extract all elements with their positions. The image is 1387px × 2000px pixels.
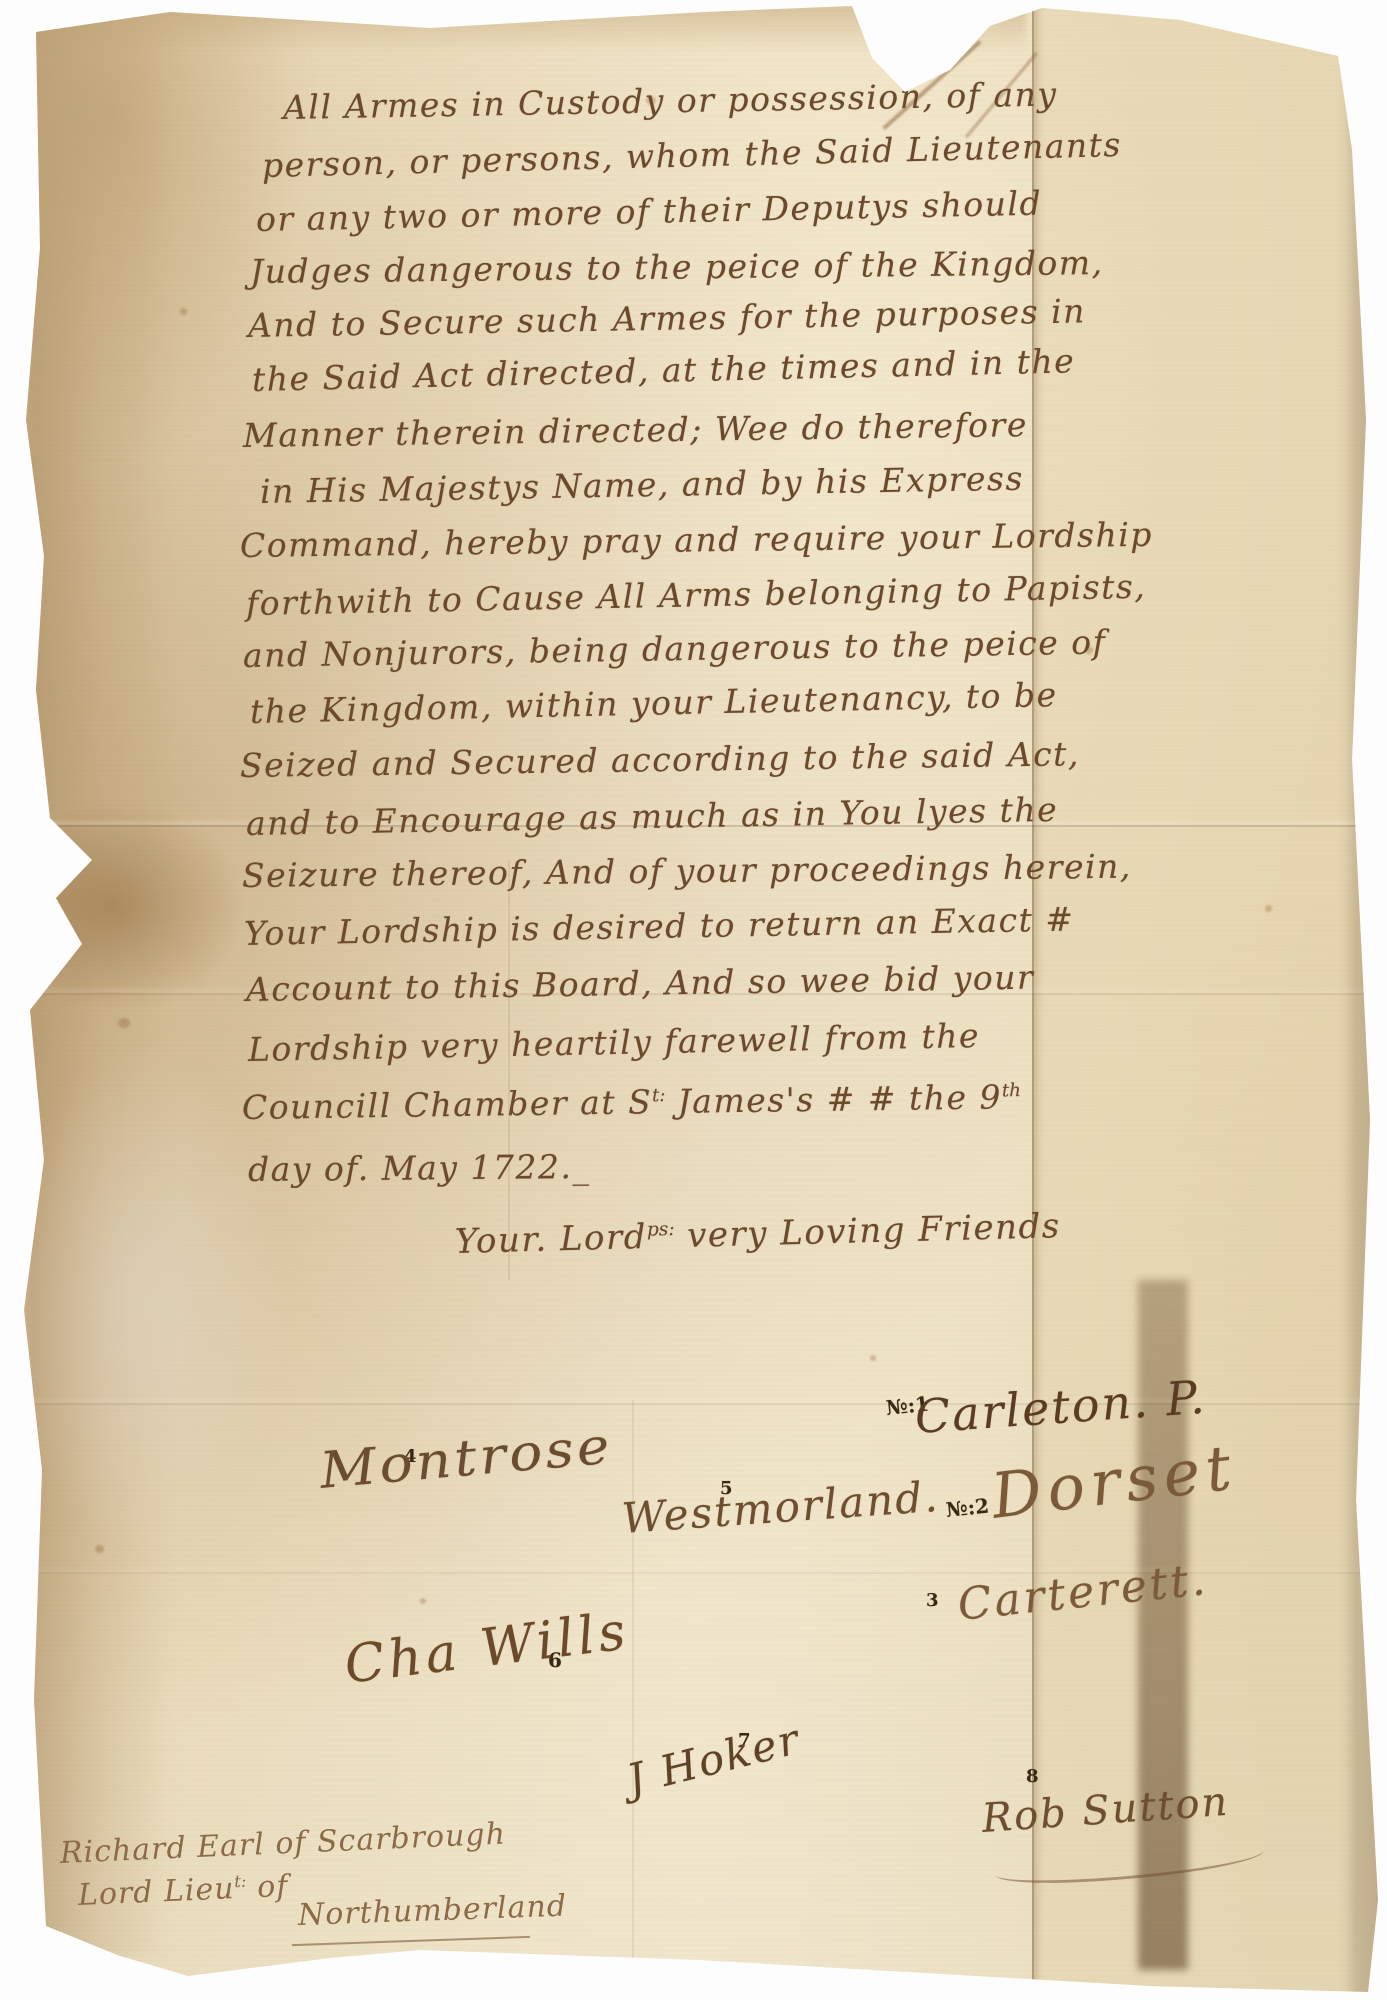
fox-spot bbox=[180, 308, 187, 315]
superscript: t: bbox=[234, 1872, 247, 1892]
docket-addressee-line1: Richard Earl of Scarbrough bbox=[59, 1817, 506, 1871]
signature-cha-wills: Cha Wills bbox=[341, 1601, 632, 1695]
manuscript-line: Lordship very heartily farewell from the bbox=[248, 1016, 981, 1069]
docket-addressee-line3: Northumberland bbox=[297, 1889, 567, 1933]
fox-spot bbox=[118, 1018, 130, 1028]
line-text: of bbox=[246, 1869, 289, 1906]
signature-westmorland: Westmorland. bbox=[620, 1472, 941, 1543]
left-edge-stain bbox=[22, 0, 172, 1960]
manuscript-line: person, or persons, whom the Said Lieute… bbox=[262, 125, 1123, 185]
manuscript-line: the Kingdom, within your Lieutenancy, to… bbox=[250, 675, 1058, 731]
line-text: Lord Lieu bbox=[77, 1871, 235, 1913]
superscript: ps: bbox=[647, 1219, 675, 1241]
signature-number-3: 3 bbox=[926, 1590, 939, 1611]
manuscript-line: the Said Act directed, at the times and … bbox=[252, 341, 1076, 399]
superscript: th bbox=[1002, 1080, 1021, 1101]
signature-number-8: 8 bbox=[1026, 1766, 1039, 1787]
manuscript-line: All Armes in Custody or possession, of a… bbox=[283, 74, 1058, 127]
manuscript-page: All Armes in Custody or possession, of a… bbox=[0, 0, 1387, 2000]
manuscript-line: forthwith to Cause All Arms belonging to… bbox=[246, 567, 1147, 623]
manuscript-line: Manner therein directed; Wee do therefor… bbox=[243, 405, 1028, 455]
fox-spot bbox=[420, 1598, 426, 1604]
superscript: t: bbox=[652, 1085, 666, 1106]
line-text: Councill Chamber at S bbox=[242, 1082, 653, 1127]
manuscript-line: or any two or more of their Deputys shou… bbox=[256, 184, 1043, 239]
manuscript-line: Seized and Secured according to the said… bbox=[240, 734, 1080, 785]
signature-montrose: Montrose bbox=[317, 1417, 614, 1500]
signature-carterett: Carterett. bbox=[955, 1554, 1210, 1631]
signature-carleton: Carleton. P. bbox=[913, 1370, 1208, 1444]
manuscript-line: Account to this Board, And so wee bid yo… bbox=[246, 958, 1035, 1009]
manuscript-line: Command, hereby pray and require your Lo… bbox=[240, 515, 1153, 565]
manuscript-line: and to Encourage as much as in You lyes … bbox=[246, 790, 1059, 843]
left-tear-blob-stain bbox=[26, 806, 238, 1006]
manuscript-line: Seizure thereof, And of your proceedings… bbox=[242, 847, 1132, 895]
manuscript-line: And to Secure such Armes for the purpose… bbox=[248, 291, 1087, 345]
fox-spot bbox=[870, 1355, 876, 1361]
line-text: James's # # the 9 bbox=[665, 1077, 1002, 1121]
signature-rob-sutton: Rob Sutton bbox=[980, 1779, 1230, 1842]
manuscript-line-date: day of. May 1722._ bbox=[248, 1147, 591, 1189]
fox-spot bbox=[95, 1545, 104, 1553]
fold-crease-vertical bbox=[632, 1400, 634, 1990]
manuscript-line-place-date: Councill Chamber at St: James's # # the … bbox=[242, 1077, 1022, 1127]
manuscript-line: Your Lordship is desired to return an Ex… bbox=[244, 900, 1075, 953]
signature-7: J Hoker bbox=[622, 1714, 805, 1804]
line-text: very Loving Friends bbox=[674, 1206, 1061, 1256]
manuscript-line: Judges dangerous to the peice of the Kin… bbox=[250, 243, 1104, 291]
signature-number-2: №:2 bbox=[945, 1494, 990, 1522]
top-edge-stain bbox=[36, 4, 1026, 52]
manuscript-line: and Nonjurors, being dangerous to the pe… bbox=[243, 622, 1107, 675]
docket-underline bbox=[292, 1936, 530, 1946]
line-text: Your. Lord bbox=[454, 1217, 647, 1262]
right-edge-shadow bbox=[1350, 0, 1387, 2000]
valediction: Your. Lordps: very Loving Friends bbox=[454, 1206, 1061, 1262]
docket-addressee-line2: Lord Lieut: of bbox=[77, 1869, 289, 1913]
signature-underline-flourish bbox=[994, 1837, 1266, 1889]
manuscript-line: in His Majestys Name, and by his Express bbox=[260, 459, 1025, 511]
photograph-backdrop: All Armes in Custody or possession, of a… bbox=[0, 0, 1387, 2000]
fox-spot bbox=[1265, 905, 1272, 912]
signature-dorset: Dorset bbox=[988, 1430, 1241, 1532]
